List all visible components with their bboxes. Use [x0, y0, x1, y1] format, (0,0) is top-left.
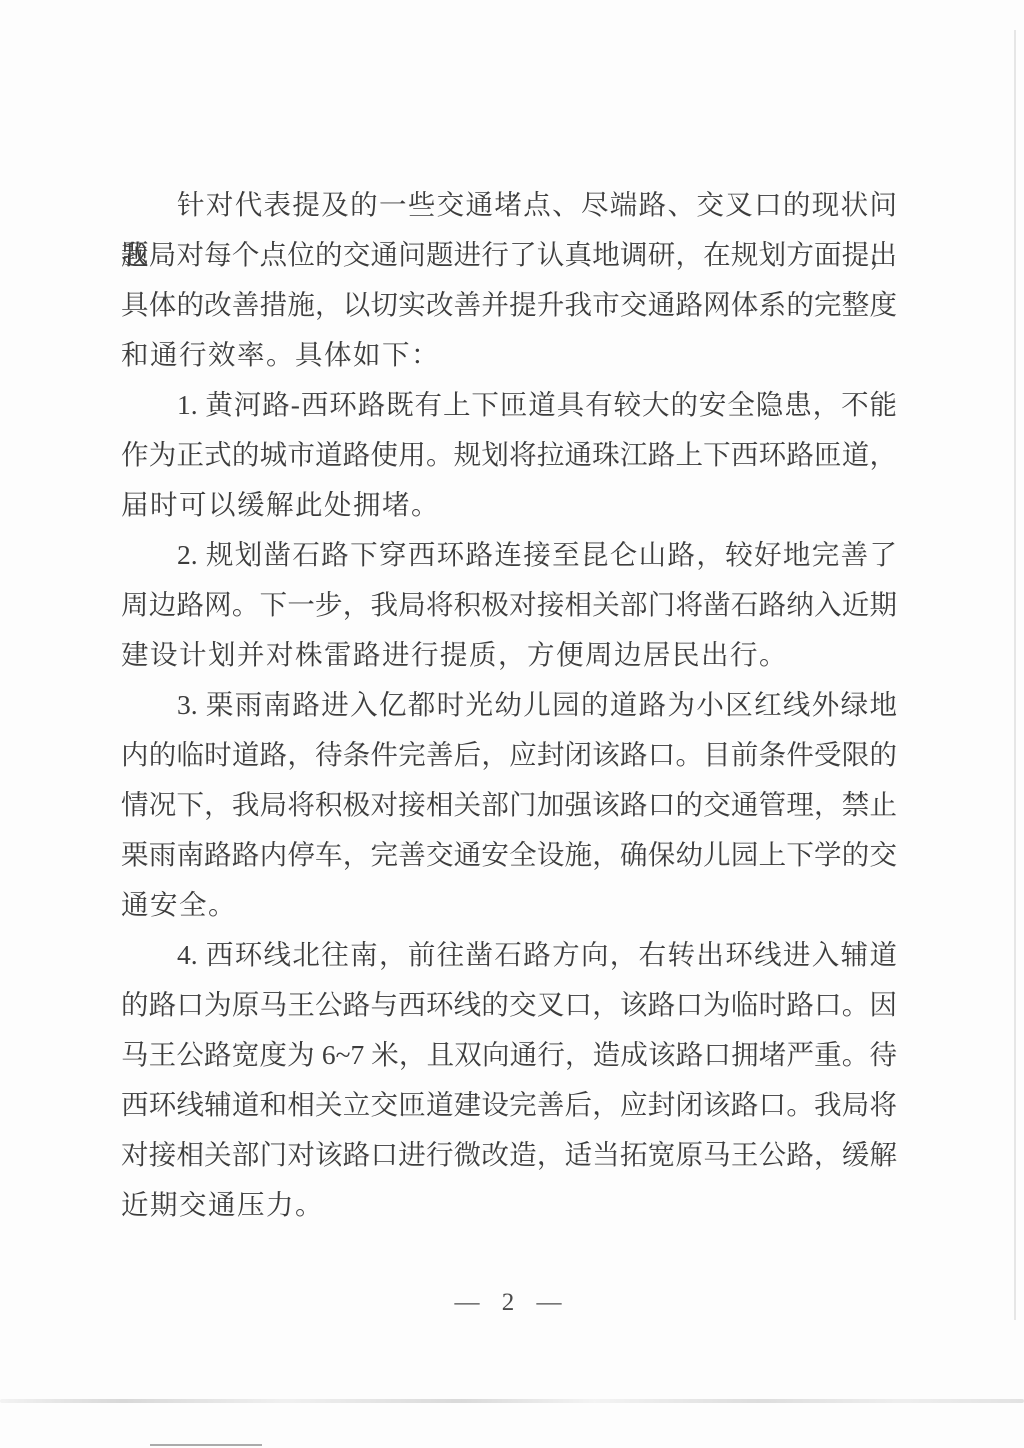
- text-line: 针对代表提及的一些交通堵点、尽端路、交叉口的现状问题，: [121, 180, 897, 230]
- text-line: 西环线辅道和相关立交匝道建设完善后，应封闭该路口。我局将: [121, 1080, 897, 1130]
- text-line: 内的临时道路，待条件完善后，应封闭该路口。目前条件受限的: [121, 730, 897, 780]
- text-line: 4. 西环线北往南，前往凿石路方向，右转出环线进入辅道: [121, 930, 897, 980]
- text-line: 近期交通压力。: [121, 1180, 897, 1230]
- paragraph-item-4: 4. 西环线北往南，前往凿石路方向，右转出环线进入辅道 的路口为原马王公路与西环…: [121, 930, 897, 1230]
- text-line: 栗雨南路路内停车，完善交通安全设施，确保幼儿园上下学的交: [121, 830, 897, 880]
- scan-artifact-edge-line: [1014, 30, 1016, 1320]
- text-line: 的路口为原马王公路与西环线的交叉口，该路口为临时路口。因: [121, 980, 897, 1030]
- text-line: 2. 规划凿石路下穿西环路连接至昆仑山路，较好地完善了: [121, 530, 897, 580]
- text-line: 马王公路宽度为 6~7 米，且双向通行，造成该路口拥堵严重。待: [121, 1030, 897, 1080]
- paragraph-item-3: 3. 栗雨南路进入亿都时光幼儿园的道路为小区红线外绿地 内的临时道路，待条件完善…: [121, 680, 897, 930]
- page-number: — 2 —: [121, 1283, 897, 1323]
- scan-artifact-smudge: [0, 1399, 1024, 1403]
- text-line: 作为正式的城市道路使用。规划将拉通珠江路上下西环路匝道，: [121, 430, 897, 480]
- paragraph-item-1: 1. 黄河路-西环路既有上下匝道具有较大的安全隐患，不能 作为正式的城市道路使用…: [121, 380, 897, 530]
- text-line: 周边路网。下一步，我局将积极对接相关部门将凿石路纳入近期: [121, 580, 897, 630]
- text-line: 具体的改善措施，以切实改善并提升我市交通路网体系的完整度: [121, 280, 897, 330]
- text-line: 情况下，我局将积极对接相关部门加强该路口的交通管理，禁止: [121, 780, 897, 830]
- paragraph-item-2: 2. 规划凿石路下穿西环路连接至昆仑山路，较好地完善了 周边路网。下一步，我局将…: [121, 530, 897, 680]
- text-line: 建设计划并对株雷路进行提质，方便周边居民出行。: [121, 630, 897, 680]
- text-line: 3. 栗雨南路进入亿都时光幼儿园的道路为小区红线外绿地: [121, 680, 897, 730]
- paragraph-intro: 针对代表提及的一些交通堵点、尽端路、交叉口的现状问题， 我局对每个点位的交通问题…: [121, 180, 897, 380]
- text-line: 对接相关部门对该路口进行微改造，适当拓宽原马王公路，缓解: [121, 1130, 897, 1180]
- text-line: 和通行效率。具体如下：: [121, 330, 897, 380]
- text-line: 1. 黄河路-西环路既有上下匝道具有较大的安全隐患，不能: [121, 380, 897, 430]
- text-line: 通安全。: [121, 880, 897, 930]
- scan-artifact-corner-mark: [150, 1444, 262, 1446]
- document-page: 针对代表提及的一些交通堵点、尽端路、交叉口的现状问题， 我局对每个点位的交通问题…: [0, 0, 1024, 1448]
- text-line: 届时可以缓解此处拥堵。: [121, 480, 897, 530]
- text-line: 我局对每个点位的交通问题进行了认真地调研，在规划方面提出: [121, 230, 897, 280]
- document-body: 针对代表提及的一些交通堵点、尽端路、交叉口的现状问题， 我局对每个点位的交通问题…: [121, 180, 897, 1230]
